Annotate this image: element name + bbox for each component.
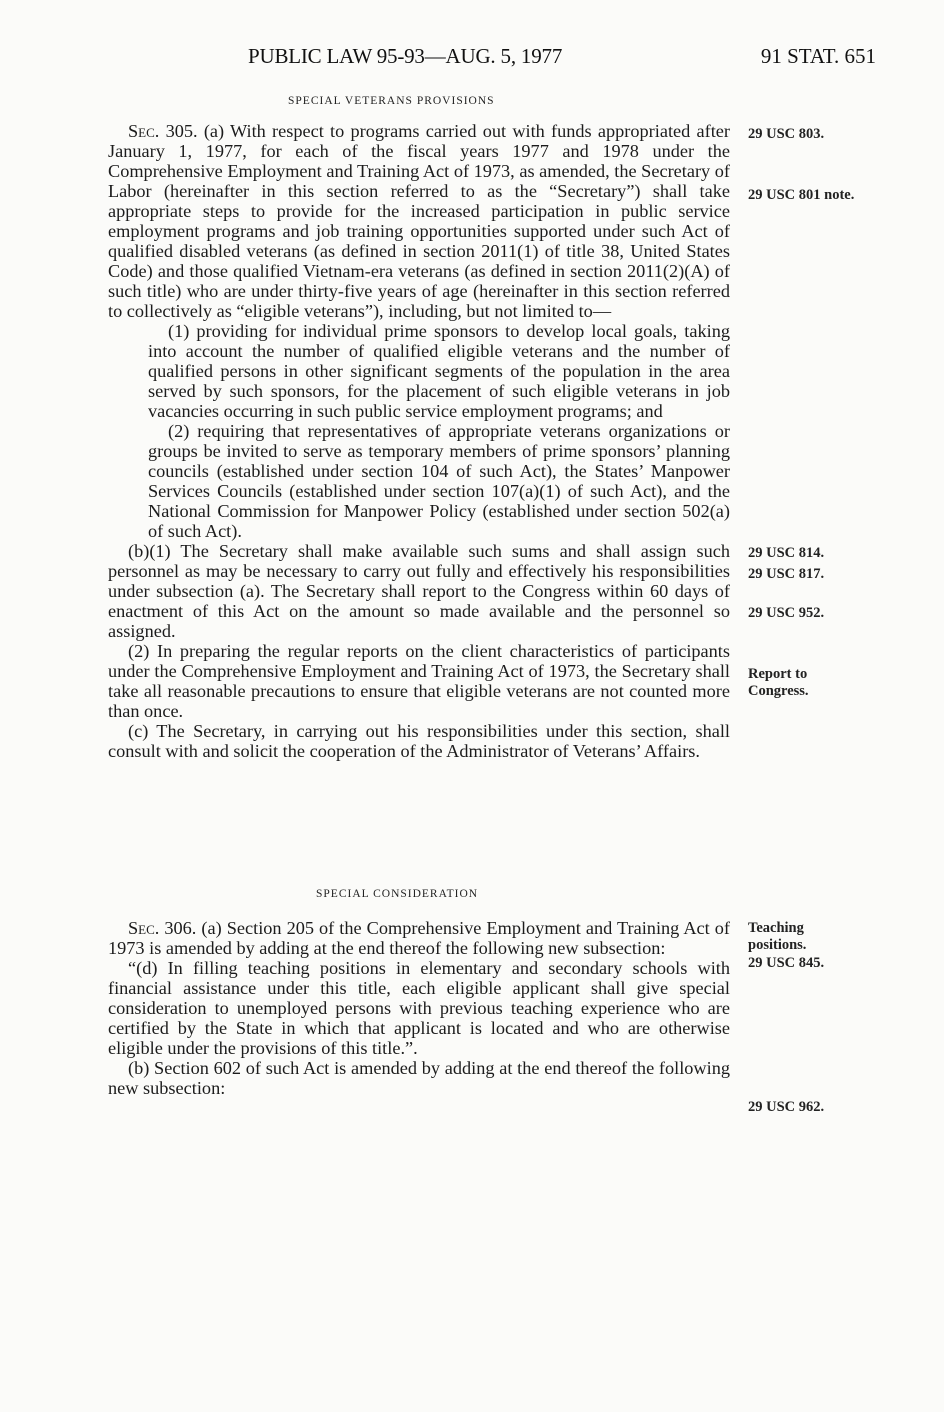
section-305-para-a1: (1) providing for individual prime spons… <box>148 321 730 421</box>
section-305-para-b2: (2) In preparing the regular reports on … <box>108 641 730 721</box>
statute-page: PUBLIC LAW 95-93—AUG. 5, 1977 91 STAT. 6… <box>0 0 944 1412</box>
margin-note-usc-962: 29 USC 962. <box>748 1099 888 1116</box>
section-heading-veterans: SPECIAL VETERANS PROVISIONS <box>288 95 495 107</box>
margin-note-report: Report to Congress. <box>748 666 828 700</box>
section-label: Sec. 305. <box>128 121 198 141</box>
section-306-para-a: Sec. 306. (a) Section 205 of the Compreh… <box>108 918 730 958</box>
section-305-para-a: Sec. 305. (a) With respect to programs c… <box>108 121 730 321</box>
section-306-para-d: “(d) In filling teaching positions in el… <box>108 958 730 1058</box>
section-305-para-b1: (b)(1) The Secretary shall make availabl… <box>108 541 730 641</box>
margin-note-usc-952: 29 USC 952. <box>748 605 888 622</box>
section-305-body: Sec. 305. (a) With respect to programs c… <box>108 121 730 761</box>
margin-note-usc-803: 29 USC 803. <box>748 126 888 143</box>
margin-note-usc-814: 29 USC 814. <box>748 545 888 562</box>
section-heading-consideration: SPECIAL CONSIDERATION <box>316 888 478 900</box>
paragraph-text: (a) Section 205 of the Comprehensive Emp… <box>108 918 730 958</box>
margin-note-usc-801: 29 USC 801 note. <box>748 187 888 204</box>
margin-note-usc-845: 29 USC 845. <box>748 955 888 972</box>
running-head: PUBLIC LAW 95-93—AUG. 5, 1977 91 STAT. 6… <box>248 44 876 74</box>
law-title: PUBLIC LAW 95-93—AUG. 5, 1977 <box>248 44 562 69</box>
paragraph-text: (a) With respect to programs carried out… <box>108 121 730 321</box>
section-306-body: Sec. 306. (a) Section 205 of the Compreh… <box>108 918 730 1098</box>
margin-note-usc-817: 29 USC 817. <box>748 566 888 583</box>
section-306-para-b: (b) Section 602 of such Act is amended b… <box>108 1058 730 1098</box>
section-label: Sec. 306. <box>128 918 196 938</box>
section-305-para-c: (c) The Secretary, in carrying out his r… <box>108 721 730 761</box>
statute-citation: 91 STAT. 651 <box>761 44 876 69</box>
margin-note-teaching: Teaching positions. <box>748 920 828 954</box>
section-305-para-a2: (2) requiring that representatives of ap… <box>148 421 730 541</box>
